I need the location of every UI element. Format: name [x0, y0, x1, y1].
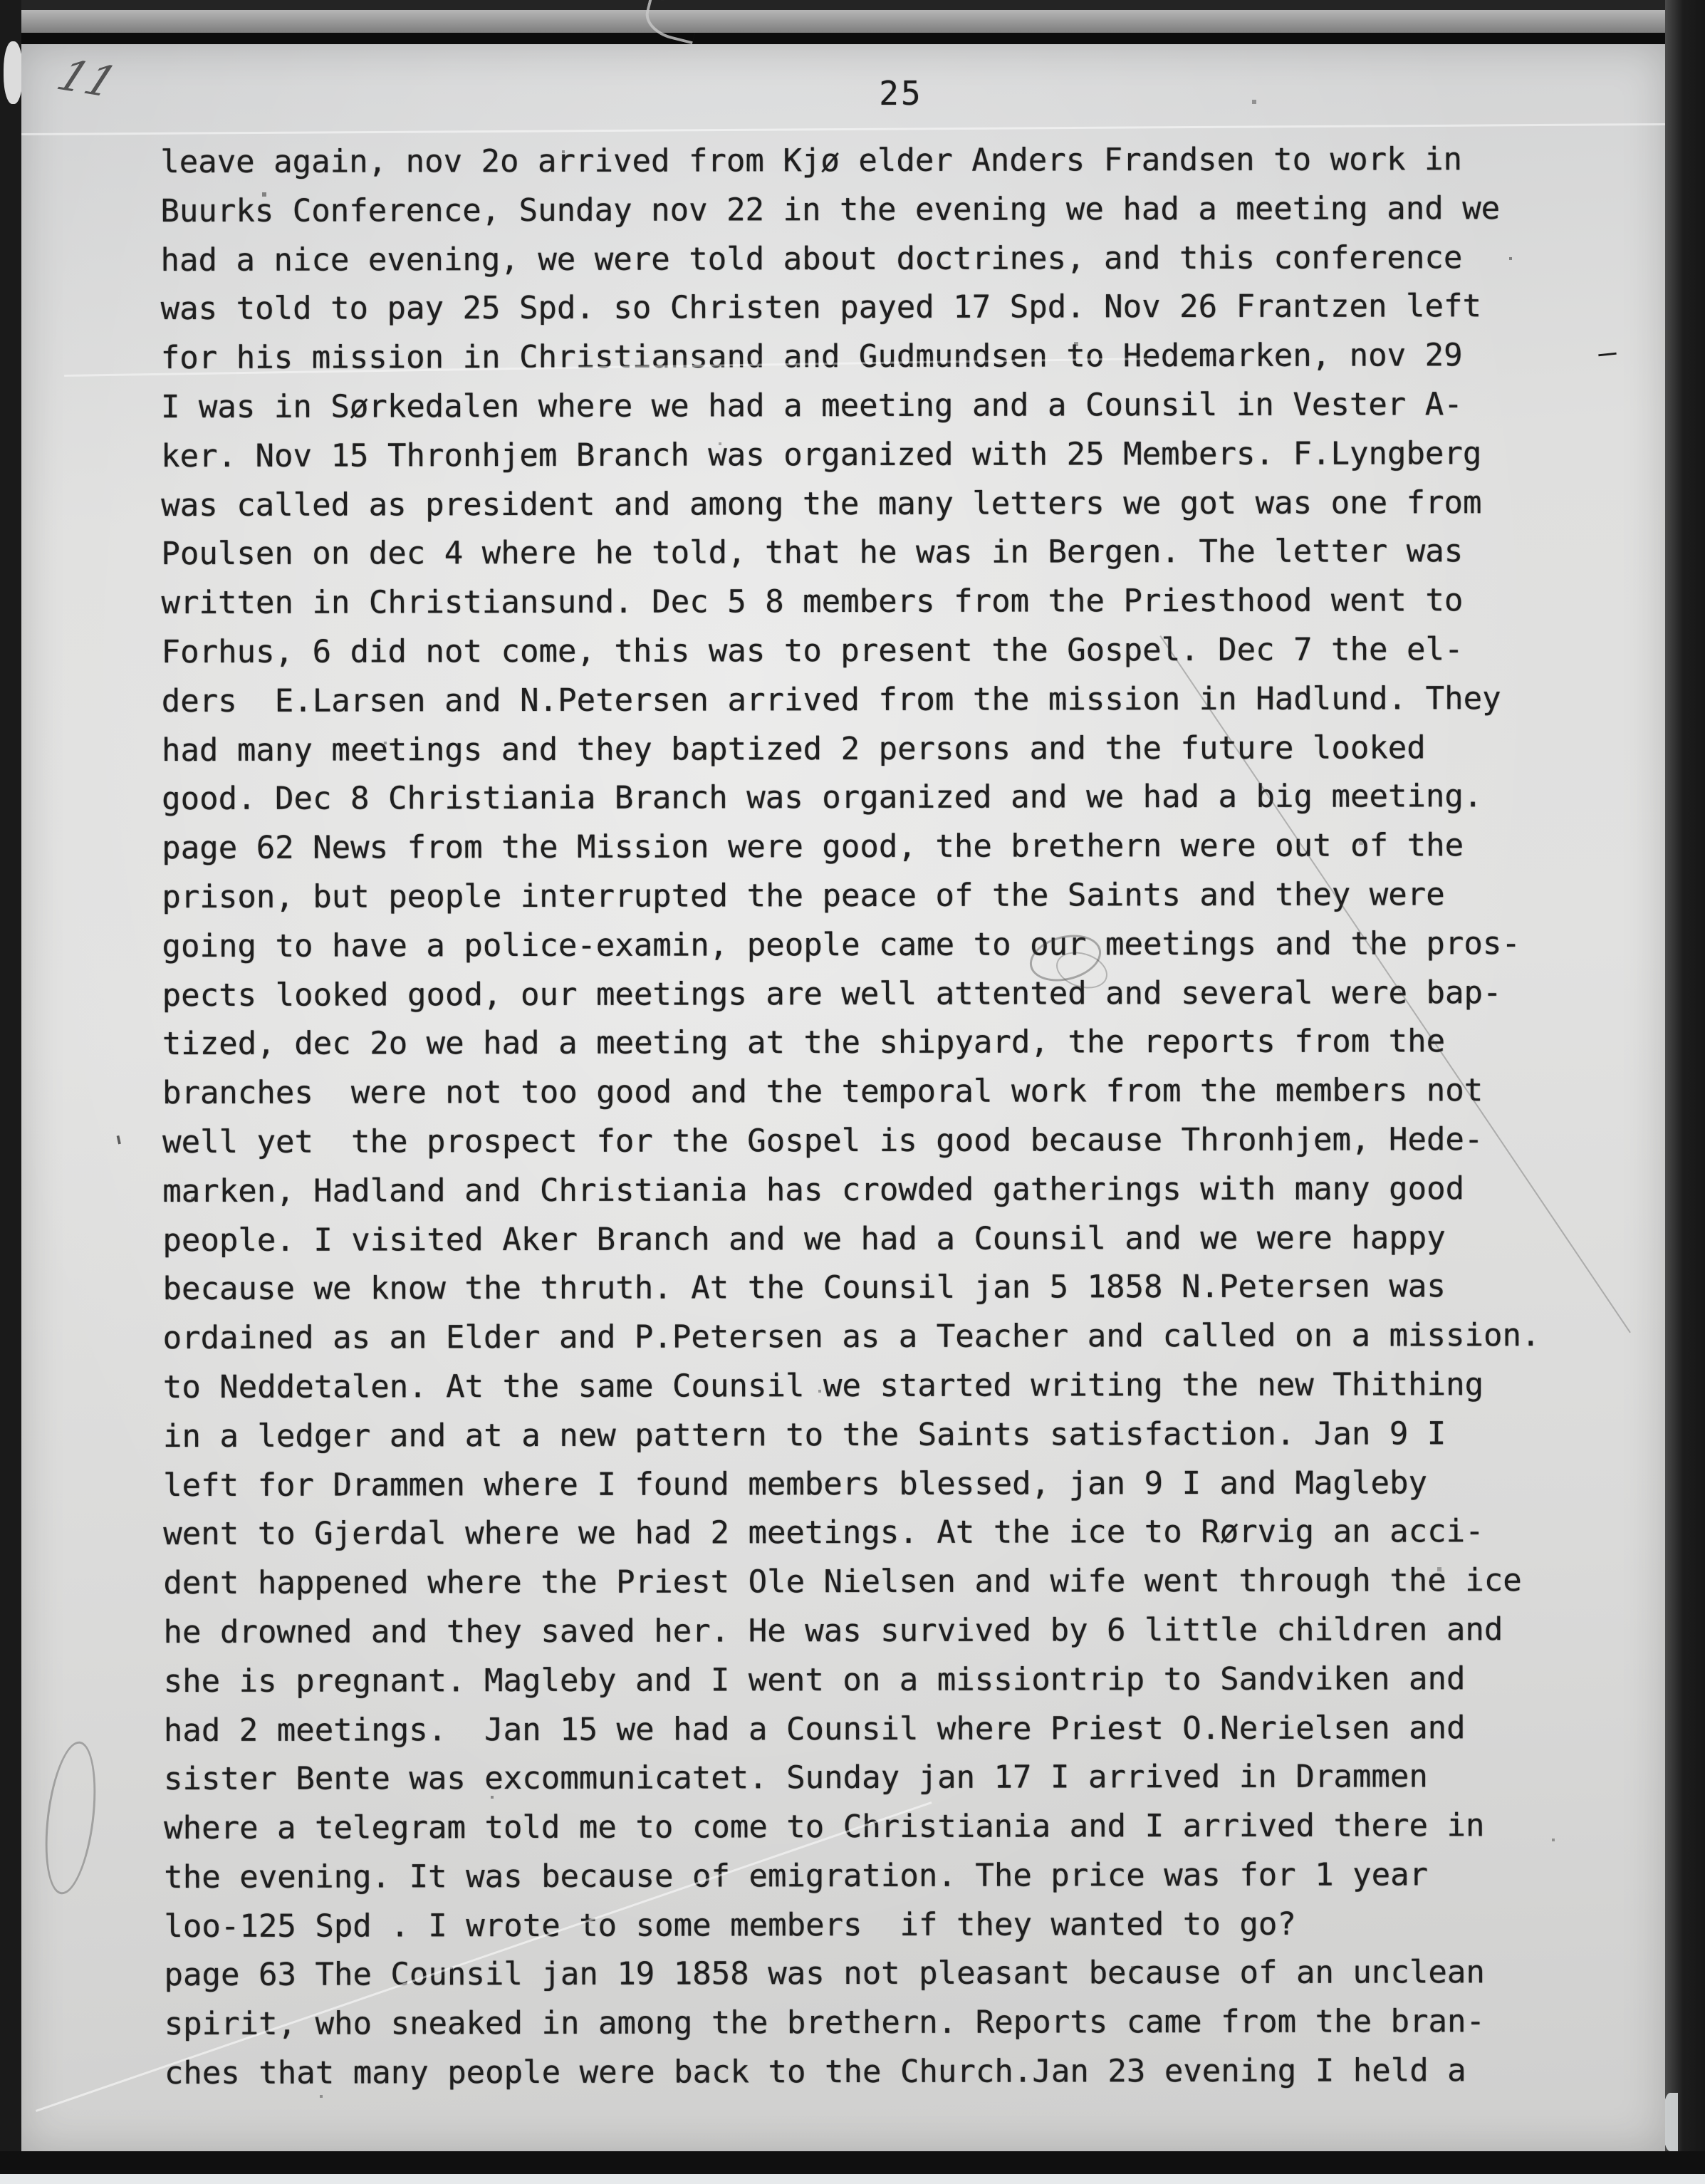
text-line: Buurks Conference, Sunday nov 22 in the …	[160, 184, 1538, 236]
text-line: Poulsen on dec 4 where he told, that he …	[161, 527, 1538, 579]
dust-specks	[21, 44, 23, 46]
text-line: left for Drammen where I found members b…	[163, 1458, 1540, 1510]
text-line: the evening. It was because of emigratio…	[164, 1851, 1541, 1903]
text-line: dent happened where the Priest Ole Niels…	[163, 1556, 1540, 1608]
paper: 11 25 leave again, nov 2o arrived from K…	[21, 44, 1665, 2151]
page-number: 25	[848, 74, 954, 113]
text-line: Forhus, 6 did not come, this was to pres…	[162, 625, 1539, 677]
text-line: ders E.Larsen and N.Petersen arrived fro…	[162, 675, 1539, 727]
pencil-loop-mark	[38, 1739, 103, 1897]
text-line: for his mission in Christiansand and Gud…	[161, 331, 1538, 383]
text-line: in a ledger and at a new pattern to the …	[163, 1410, 1540, 1462]
text-line: she is pregnant. Magleby and I went on a…	[164, 1655, 1541, 1707]
text-line: because we know the thruth. At the Couns…	[162, 1262, 1540, 1314]
paper-bottom-edge	[0, 2151, 1705, 2174]
scanner-border-left	[0, 0, 21, 2184]
scratch-line	[21, 123, 1665, 135]
paper-top-edge	[0, 33, 1705, 44]
handwritten-page-index: 11	[50, 51, 124, 107]
scanner-border-right	[1665, 0, 1705, 2184]
text-line: branches were not too good and the tempo…	[162, 1066, 1540, 1118]
stray-pen-mark: '	[108, 1128, 134, 1168]
scanner-band-bottom	[0, 2174, 1705, 2184]
text-line: sister Bente was excommunicatet. Sunday …	[164, 1752, 1541, 1804]
text-line: people. I visited Aker Branch and we had…	[162, 1214, 1540, 1266]
text-line: went to Gjerdal where we had 2 meetings.…	[163, 1507, 1540, 1559]
text-line: marken, Hadland and Christiania has crow…	[162, 1165, 1540, 1217]
text-line: where a telegram told me to come to Chri…	[164, 1801, 1541, 1853]
text-line: prison, but people interrupted the peace…	[162, 870, 1539, 922]
text-line: ker. Nov 15 Thronhjem Branch was organiz…	[161, 430, 1538, 482]
text-line: ordained as an Elder and P.Petersen as a…	[163, 1311, 1540, 1363]
text-line: good. Dec 8 Christiania Branch was organ…	[162, 772, 1539, 824]
text-line: tized, dec 2o we had a meeting at the sh…	[162, 1017, 1540, 1069]
text-line: had 2 meetings. Jan 15 we had a Counsil …	[164, 1703, 1541, 1755]
margin-dash-annotation: —	[1597, 334, 1618, 370]
scan-glare-top-left	[4, 41, 23, 104]
text-line: was told to pay 25 Spd. so Christen paye…	[161, 282, 1538, 334]
text-line: leave again, nov 2o arrived from Kjø eld…	[160, 135, 1538, 187]
text-line: he drowned and they saved her. He was su…	[163, 1606, 1540, 1658]
text-line: page 62 News from the Mission were good,…	[162, 821, 1539, 873]
document-text: leave again, nov 2o arrived from Kjø eld…	[160, 135, 1542, 2099]
text-line: loo-125 Spd . I wrote to some members if…	[164, 1900, 1541, 1952]
text-line: spirit, who sneaked in among the brether…	[165, 1997, 1542, 2049]
text-line: ches that many people were back to the C…	[165, 2047, 1542, 2099]
text-line: written in Christiansund. Dec 5 8 member…	[161, 576, 1538, 628]
text-line: was called as president and among the ma…	[161, 479, 1538, 531]
text-line: I was in Sørkedalen where we had a meeti…	[161, 380, 1538, 432]
text-line: going to have a police-examin, people ca…	[162, 920, 1539, 972]
scanner-band-gray	[0, 10, 1705, 33]
text-line: page 63 The Counsil jan 19 1858 was not …	[164, 1948, 1541, 2000]
scanner-band-top	[0, 0, 1705, 10]
text-line: to Neddetalen. At the same Counsil we st…	[163, 1361, 1540, 1413]
text-line: well yet the prospect for the Gospel is …	[162, 1116, 1540, 1168]
text-line: had many meetings and they baptized 2 pe…	[162, 724, 1539, 776]
text-line: pects looked good, our meetings are well…	[162, 969, 1540, 1021]
text-line: had a nice evening, we were told about d…	[160, 234, 1538, 286]
